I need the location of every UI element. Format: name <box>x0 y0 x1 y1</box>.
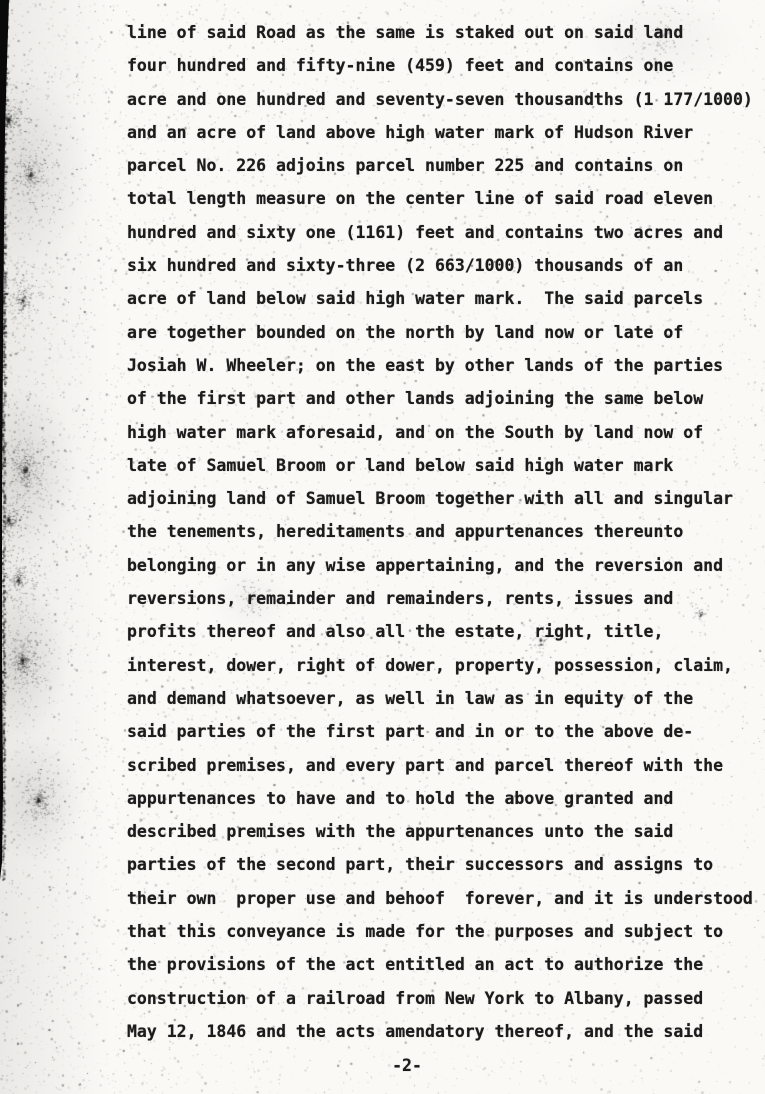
text-line: belonging or in any wise appertaining, a… <box>127 549 759 582</box>
deed-body-text: line of said Road as the same is staked … <box>127 16 759 1048</box>
text-line: their own proper use and behoof forever,… <box>127 882 759 915</box>
text-line: total length measure on the center line … <box>127 182 759 215</box>
text-line: interest, dower, right of dower, propert… <box>127 649 759 682</box>
text-line: acre of land below said high water mark.… <box>127 282 759 315</box>
scan-edge-artifact <box>0 0 14 880</box>
text-line: and demand whatsoever, as well in law as… <box>127 682 759 715</box>
text-line: hundred and sixty one (1161) feet and co… <box>127 216 759 249</box>
text-line: parcel No. 226 adjoins parcel number 225… <box>127 149 759 182</box>
document-page: line of said Road as the same is staked … <box>0 0 765 1094</box>
text-line: scribed premises, and every part and par… <box>127 749 759 782</box>
text-line: adjoining land of Samuel Broom together … <box>127 482 759 515</box>
text-line: four hundred and fifty-nine (459) feet a… <box>127 49 759 82</box>
text-line: late of Samuel Broom or land below said … <box>127 449 759 482</box>
text-line: high water mark aforesaid, and on the So… <box>127 416 759 449</box>
text-line: six hundred and sixty-three (2 663/1000)… <box>127 249 759 282</box>
text-line: that this conveyance is made for the pur… <box>127 915 759 948</box>
text-line: line of said Road as the same is staked … <box>127 16 759 49</box>
text-line: profits thereof and also all the estate,… <box>127 615 759 648</box>
text-line: appurtenances to have and to hold the ab… <box>127 782 759 815</box>
text-line: Josiah W. Wheeler; on the east by other … <box>127 349 759 382</box>
text-line: May 12, 1846 and the acts amendatory the… <box>127 1015 759 1048</box>
text-line: construction of a railroad from New York… <box>127 982 759 1015</box>
text-line: acre and one hundred and seventy-seven t… <box>127 83 759 116</box>
text-line: reversions, remainder and remainders, re… <box>127 582 759 615</box>
text-line: parties of the second part, their succes… <box>127 848 759 881</box>
text-line: the provisions of the act entitled an ac… <box>127 948 759 981</box>
text-line: the tenements, hereditaments and appurte… <box>127 515 759 548</box>
text-line: said parties of the first part and in or… <box>127 715 759 748</box>
text-line: are together bounded on the north by lan… <box>127 316 759 349</box>
text-line: described premises with the appurtenance… <box>127 815 759 848</box>
text-line: of the first part and other lands adjoin… <box>127 382 759 415</box>
page-number: -2- <box>127 1056 687 1075</box>
text-line: and an acre of land above high water mar… <box>127 116 759 149</box>
